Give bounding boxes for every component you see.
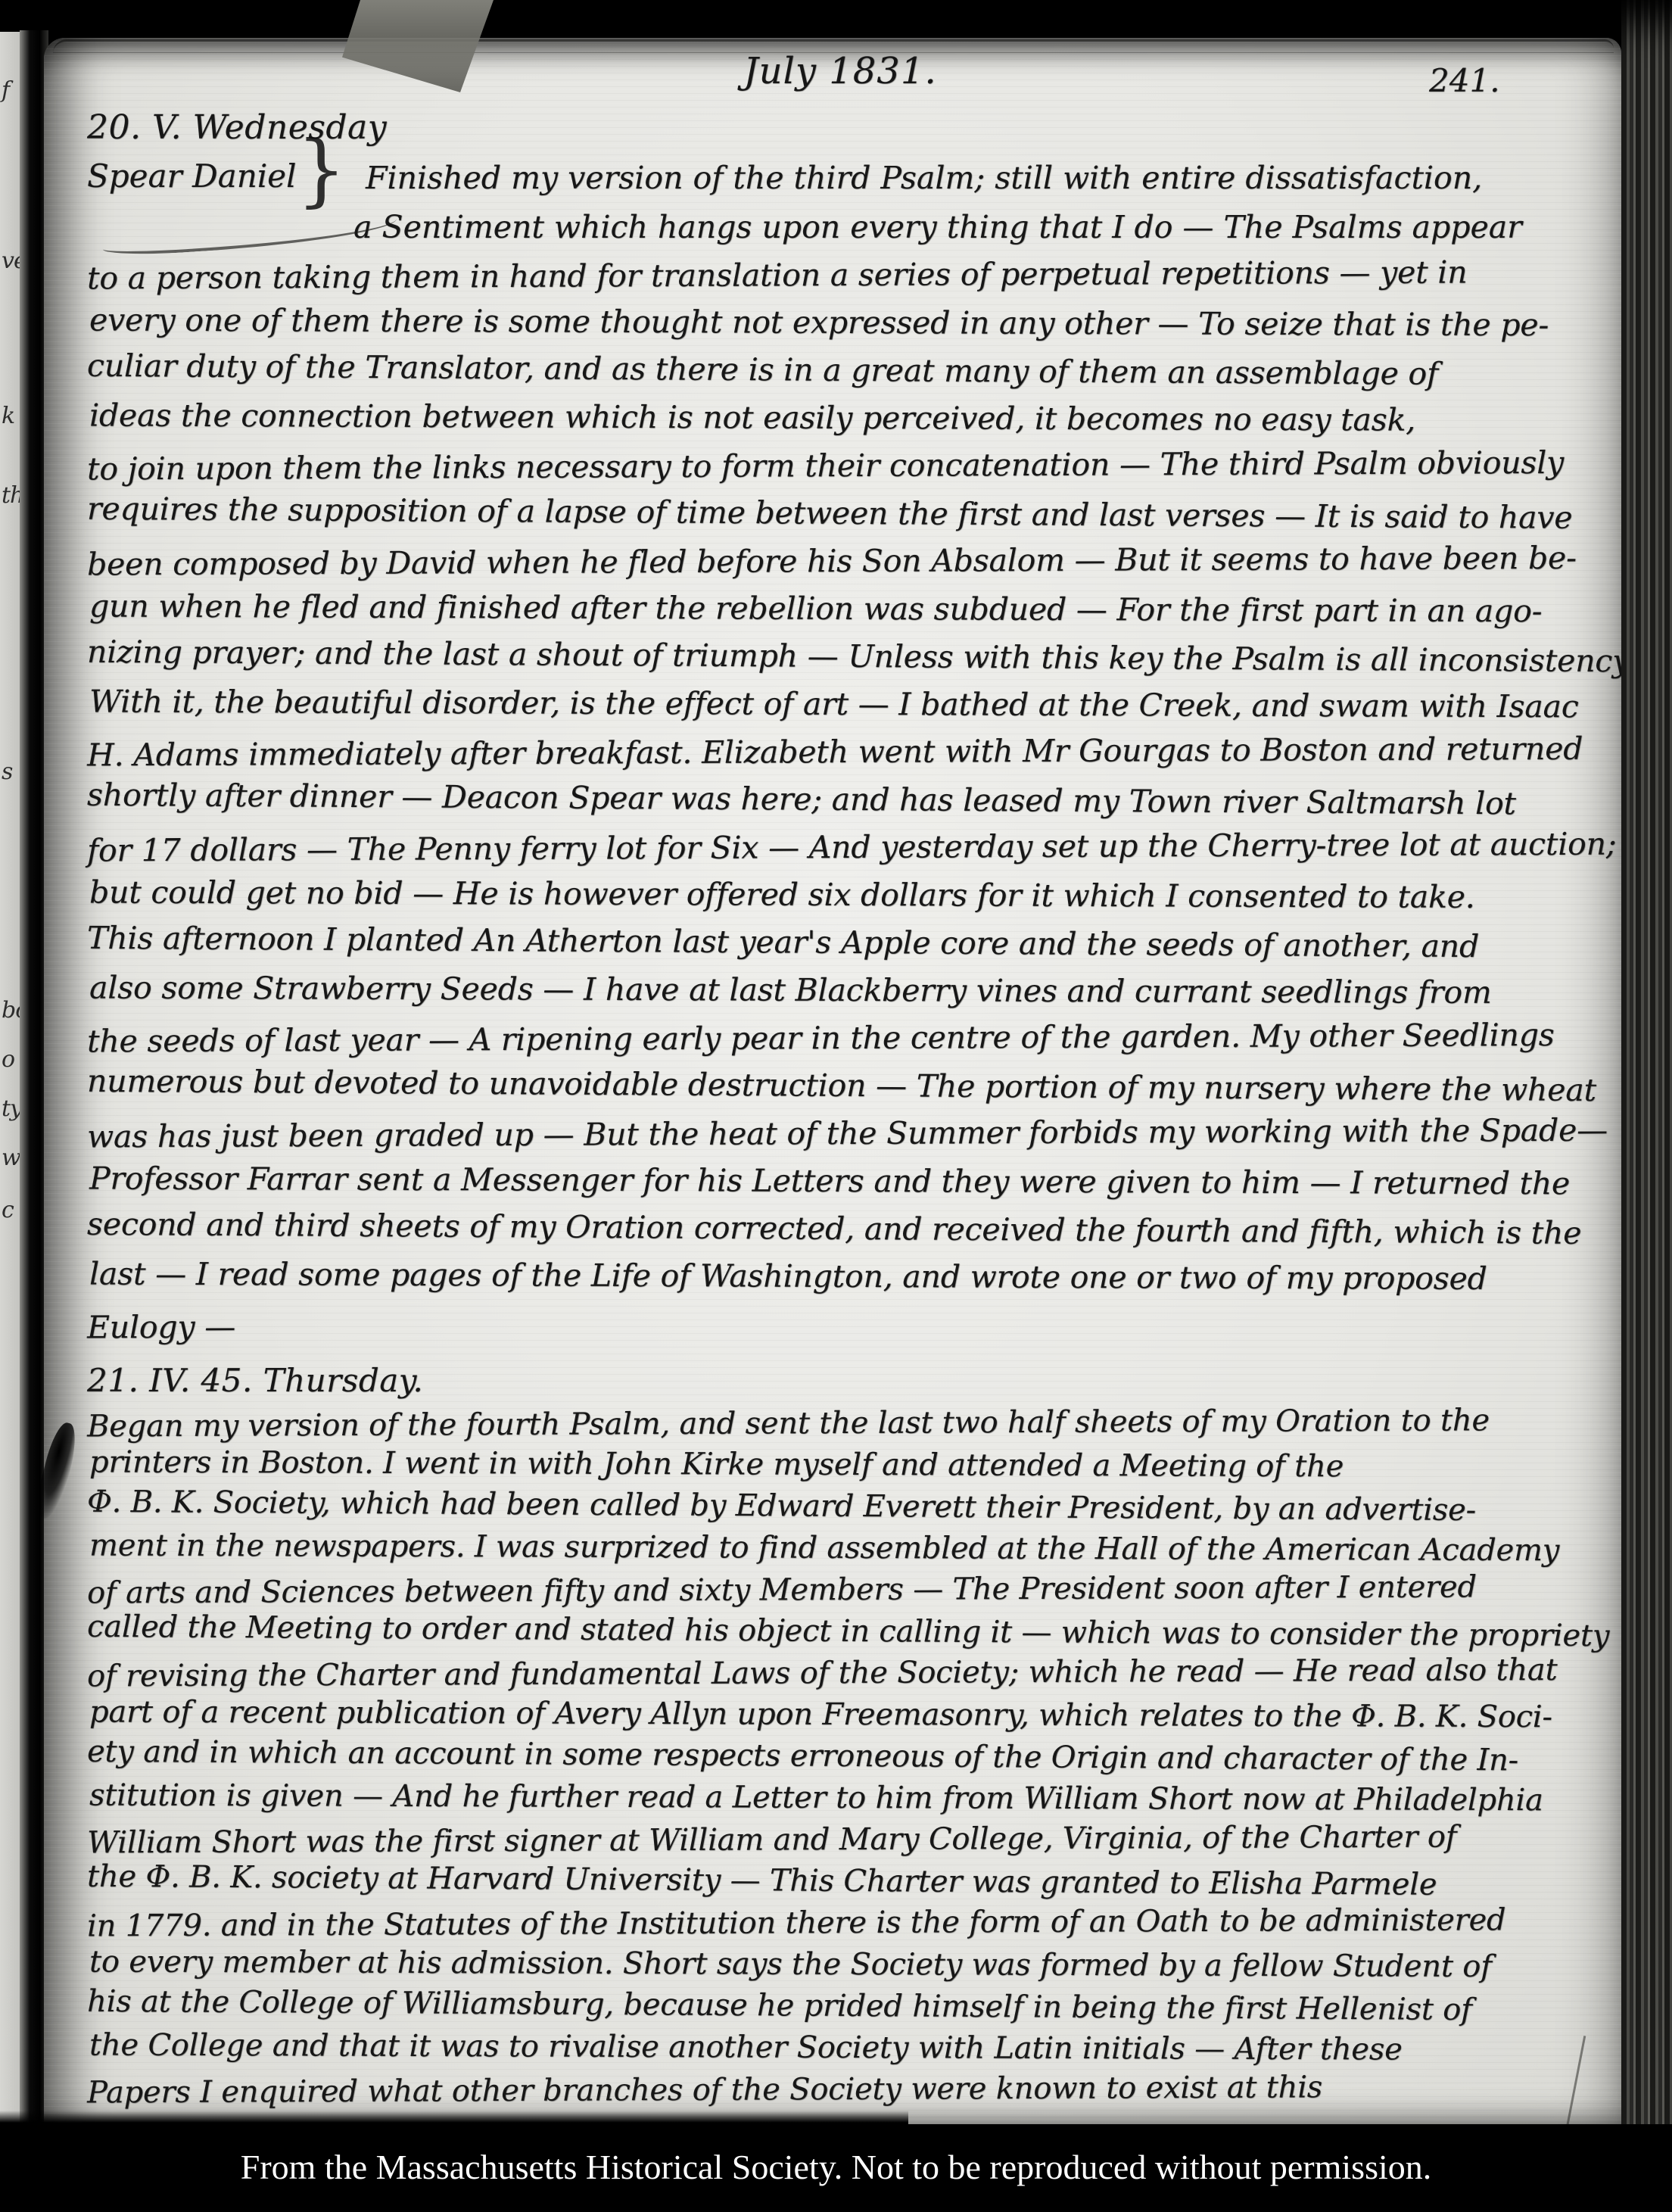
manuscript-line: requires the supposition of a lapse of t… xyxy=(87,485,1625,542)
edge-text-fragment: o xyxy=(0,1046,20,1073)
manuscript-line: shortly after dinner — Deacon Spear was … xyxy=(87,771,1625,828)
manuscript-line: to every member at his admission. Short … xyxy=(89,1941,1627,1988)
manuscript-line: second and third sheets of my Oration co… xyxy=(87,1201,1625,1257)
manuscript-line: ety and in which an account in some resp… xyxy=(87,1731,1625,1782)
manuscript-line: in 1779. and in the Statutes of the Inst… xyxy=(87,1899,1625,1948)
entry-heading-thursday: 21. IV. 45. Thursday. xyxy=(87,1359,1625,1403)
manuscript-line: ideas the connection between which is no… xyxy=(89,391,1627,444)
manuscript-line: every one of them there is some thought … xyxy=(89,296,1627,349)
footer-copyright-notice: From the Massachusetts Historical Societ… xyxy=(0,2147,1672,2187)
edge-text-fragment: the xyxy=(0,482,20,509)
manuscript-line: was has just been graded up — But the he… xyxy=(87,1107,1625,1161)
manuscript-line: printers in Boston. I went in with John … xyxy=(89,1441,1627,1488)
edge-text-fragment: k xyxy=(0,403,20,429)
book-page-edges xyxy=(1621,0,1672,2150)
page-number: 241. xyxy=(1429,62,1500,99)
margin-note: Spear Daniel xyxy=(87,157,296,195)
manuscript-line: stitution is given — And he further read… xyxy=(89,1774,1627,1821)
manuscript-line: his at the College of Williamsburg, beca… xyxy=(87,1981,1625,2032)
manuscript-line: the College and that it was to rivalise … xyxy=(89,2024,1627,2071)
manuscript-line: Papers I enquired what other branches of… xyxy=(87,2066,1625,2114)
manuscript-line: to join upon them the links necessary to… xyxy=(87,439,1625,494)
edge-text-fragment: ve xyxy=(0,248,20,274)
edge-text-fragment: ty xyxy=(0,1095,20,1122)
entry-thursday-body: Began my version of the fourth Psalm, an… xyxy=(87,1403,1625,2111)
manuscript-line: a Sentiment which hangs upon every thing… xyxy=(353,203,1625,251)
edge-text-fragment: s xyxy=(0,759,20,785)
manuscript-line: been composed by David when he fled befo… xyxy=(87,534,1625,589)
manuscript-line: nizing prayer; and the last a shout of t… xyxy=(87,628,1625,685)
manuscript-line: Φ. B. K. Society, which had been called … xyxy=(87,1481,1625,1532)
manuscript-photograph: fvekthesbootywc July 1831. 241. 20. V. W… xyxy=(0,0,1672,2212)
manuscript-line: ment in the newspapers. I was surprized … xyxy=(89,1525,1627,1572)
manuscript-line: the seeds of last year — A ripening earl… xyxy=(87,1011,1625,1066)
manuscript-line: but could get no bid — He is however off… xyxy=(89,868,1627,921)
manuscript-line: gun when he fled and finished after the … xyxy=(89,582,1627,635)
manuscript-line: for 17 dollars — The Penny ferry lot for… xyxy=(87,821,1625,875)
manuscript-line: This afternoon I planted An Atherton las… xyxy=(87,914,1625,971)
facing-page-edge: fvekthesbootywc xyxy=(0,32,20,2127)
entry-opening-row: Spear Daniel } Finished my version of th… xyxy=(87,153,1625,203)
manuscript-line: Professor Farrar sent a Messenger for hi… xyxy=(89,1154,1627,1207)
manuscript-line: culiar duty of the Translator, and as th… xyxy=(87,342,1625,399)
manuscript-line: part of a recent publication of Avery Al… xyxy=(89,1691,1627,1738)
margin-column: Spear Daniel } xyxy=(87,153,366,198)
manuscript-line: H. Adams immediately after breakfast. El… xyxy=(87,725,1625,780)
edge-text-fragment: w xyxy=(0,1145,20,1171)
brace-glyph: } xyxy=(296,147,346,192)
manuscript-content: 20. V. Wednesday Spear Daniel } Finished… xyxy=(87,104,1625,2111)
edge-text-fragment: f xyxy=(0,77,20,104)
edge-text-fragment: bo xyxy=(0,997,20,1023)
manuscript-line: numerous but devoted to unavoidable dest… xyxy=(87,1058,1625,1114)
manuscript-line: Eulogy — xyxy=(87,1298,1625,1352)
manuscript-line: Finished my version of the third Psalm; … xyxy=(366,153,1625,203)
page-header-date: July 1831. xyxy=(704,50,976,92)
edge-text-fragment: c xyxy=(0,1197,20,1223)
manuscript-line: to a person taking them in hand for tran… xyxy=(87,248,1625,303)
manuscript-line: of revising the Charter and fundamental … xyxy=(87,1650,1625,1698)
manuscript-line: last — I read some pages of the Life of … xyxy=(89,1250,1627,1303)
manuscript-line: also some Strawberry Seeds — I have at l… xyxy=(89,964,1627,1017)
manuscript-line: Began my version of the fourth Psalm, an… xyxy=(87,1400,1625,1448)
entry-wednesday-body: to a person taking them in hand for tran… xyxy=(87,251,1625,1348)
manuscript-line: With it, the beautiful disorder, is the … xyxy=(89,678,1627,731)
